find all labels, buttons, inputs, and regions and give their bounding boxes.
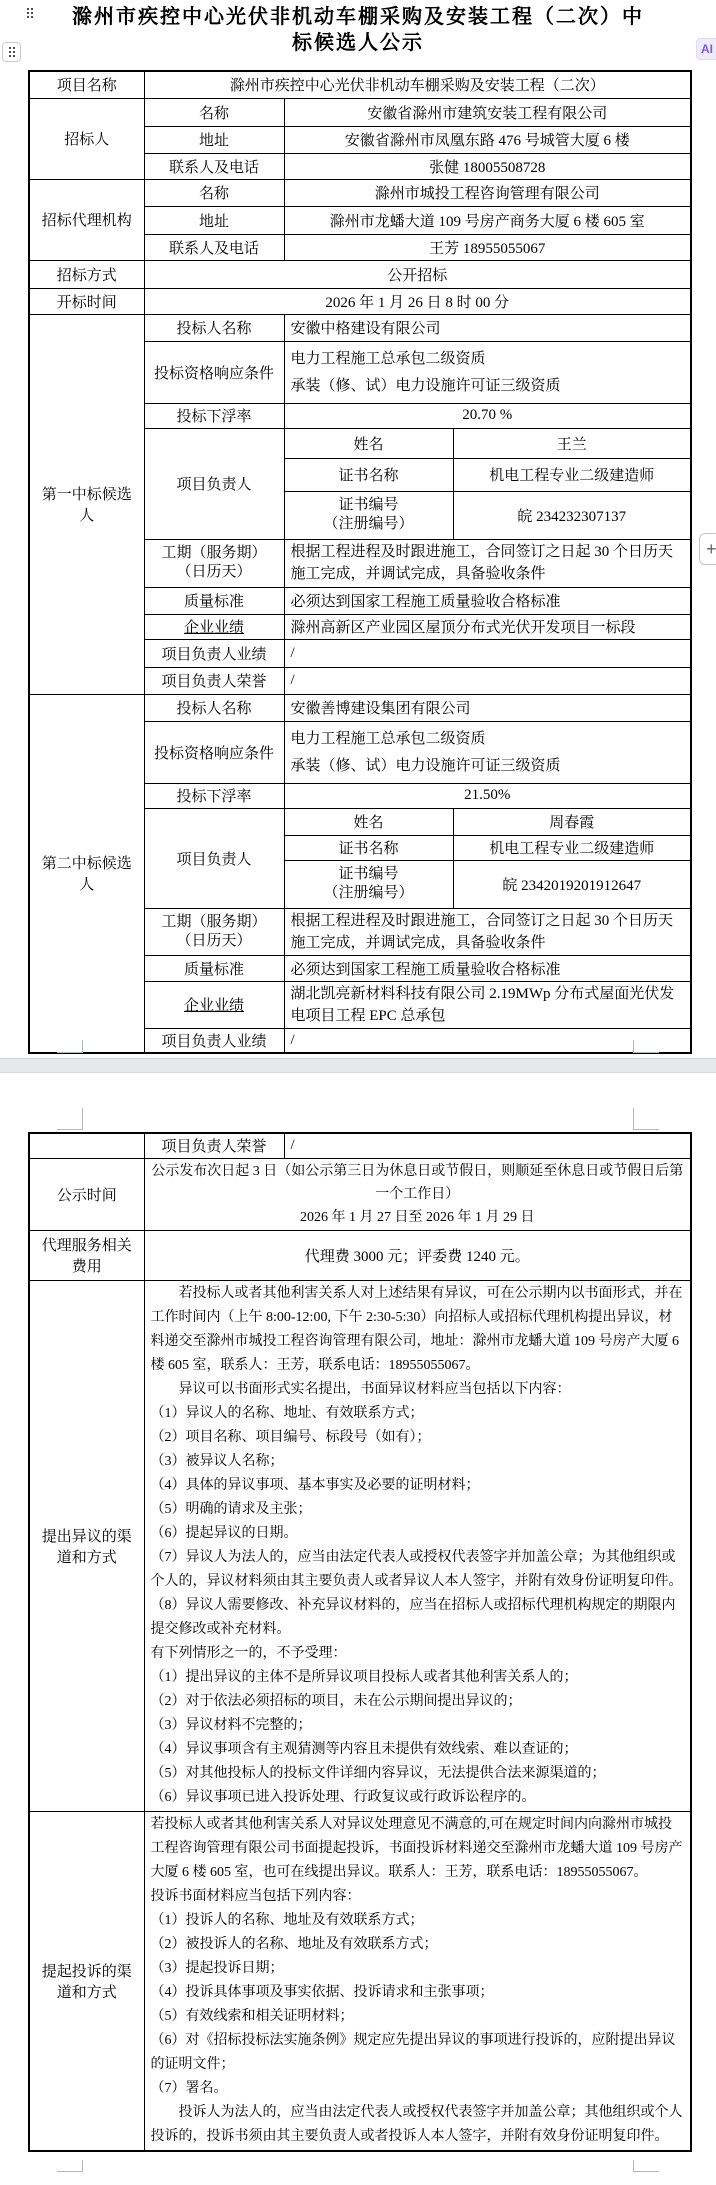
- candidate2-qualification-value: 电力工程施工总承包二级资质 承装（修、试）电力设施许可证三级资质: [284, 721, 691, 783]
- agency-contact-value: 王芳 18955055067: [284, 234, 691, 260]
- paragraph: （2）被投诉人的名称、地址及有效联系方式；: [151, 1933, 685, 1957]
- paragraph: 有下列情形之一的，不予受理：: [151, 1642, 685, 1666]
- table-row: 公示时间 公示发布次日起 3 日（如公示第三日为休息日或节假日，则顺延至休息日或…: [29, 1158, 691, 1230]
- cert-name-label: 证书名称: [284, 458, 453, 491]
- tenderer-address-label: 地址: [144, 126, 284, 153]
- page-title: 滁州市疾控中心光伏非机动车棚采购及安装工程（二次）中标候选人公示: [0, 4, 716, 56]
- complaint-channel-content: 若投标人或者其他利害关系人对异议处理意见不满意的,可在规定时间内向滁州市城投工程…: [144, 1811, 691, 2151]
- qualification-line: 承装（修、试）电力设施许可证三级资质: [291, 375, 685, 397]
- performance-label: 企业业绩: [144, 614, 284, 639]
- table-row: 开标时间 2026 年 1 月 26 日 8 时 00 分: [29, 288, 691, 314]
- paragraph: （2）对于依法必须招标的项目，未在公示期间提出异议的；: [151, 1690, 685, 1714]
- candidate2-quality-value: 必须达到国家工程施工质量验收合格标准: [284, 955, 691, 981]
- candidate2-duration-value: 根据工程进程及时跟进施工，合同签订之日起 30 个日历天施工完成，并调试完成，具…: [284, 908, 691, 955]
- qualification-line: 承装（修、试）电力设施许可证三级资质: [291, 755, 685, 777]
- page-title-text: 滁州市疾控中心光伏非机动车棚采购及安装工程（二次）中标候选人公示: [69, 4, 647, 56]
- agency-fee-value: 代理费 3000 元；评委费 1240 元。: [144, 1230, 691, 1280]
- table-row: 提起投诉的渠道和方式 若投标人或者其他利害关系人对异议处理意见不满意的,可在规定…: [29, 1811, 691, 2151]
- tenderer-name-value: 安徽省滁州市建筑安装工程有限公司: [284, 98, 691, 126]
- page-margin-mark: [633, 2171, 659, 2172]
- candidate2-discount-value: 21.50%: [284, 783, 691, 808]
- candidate1-manager-honor-value: /: [284, 667, 691, 694]
- page-margin-mark: [633, 1052, 659, 1053]
- page-margin-mark: [57, 1052, 83, 1053]
- cert-no-label-line1: 证书编号: [291, 496, 447, 515]
- agency-name-label: 名称: [144, 179, 284, 206]
- announcement-table-page2: 项目负责人荣誉 / 公示时间 公示发布次日起 3 日（如公示第三日为休息日或节假…: [28, 1132, 692, 2152]
- paragraph: （1）投诉人的名称、地址及有效联系方式；: [151, 1909, 685, 1933]
- paragraph: （3）提起投诉日期；: [151, 1957, 685, 1981]
- agency-fee-label: 代理服务相关费用: [29, 1230, 144, 1280]
- discount-label: 投标下浮率: [144, 783, 284, 808]
- bidder-name-label: 投标人名称: [144, 694, 284, 721]
- agency-group-label: 招标代理机构: [29, 179, 144, 260]
- candidate2-cert-no: 皖 2342019201912647: [453, 860, 691, 908]
- complaint-channel-label: 提起投诉的渠道和方式: [29, 1811, 144, 2151]
- publicity-time-label: 公示时间: [29, 1158, 144, 1230]
- page-margin-mark: [57, 1129, 83, 1130]
- announcement-table-page1: 项目名称 滁州市疾控中心光伏非机动车棚采购及安装工程（二次） 招标人 名称 安徽…: [28, 70, 692, 1054]
- paragraph: 若投标人或者其他利害关系人对上述结果有异议，可在公示期内以书面形式，并在工作时间…: [151, 1282, 685, 1378]
- tenderer-contact-value: 张健 18005508728: [284, 153, 691, 179]
- person-name-label: 姓名: [284, 428, 453, 458]
- paragraph: 异议可以书面形式实名提出，书面异议材料应当包括以下内容：: [151, 1378, 685, 1402]
- paragraph: （2）项目名称、项目编号、标段号（如有）；: [151, 1426, 685, 1450]
- paragraph: （5）明确的请求及主张；: [151, 1498, 685, 1522]
- page-margin-mark: [633, 1129, 659, 1130]
- paragraph: （1）提出异议的主体不是所异议项目投标人或者其他利害关系人的；: [151, 1666, 685, 1690]
- tenderer-group-label: 招标人: [29, 98, 144, 179]
- discount-label: 投标下浮率: [144, 403, 284, 428]
- candidate1-duration-value: 根据工程进程及时跟进施工，合同签订之日起 30 个日历天施工完成，并调试完成，具…: [284, 539, 691, 587]
- table-row: 第二中标候选人 投标人名称 安徽善博建设集团有限公司: [29, 694, 691, 721]
- candidate2-manager-honor-value: /: [284, 1133, 691, 1158]
- candidate1-discount-value: 20.70 %: [284, 403, 691, 428]
- manager-honor-label: 项目负责人荣誉: [144, 667, 284, 694]
- candidate1-cert-no: 皖 234232307137: [453, 491, 691, 539]
- manager-perf-label: 项目负责人业绩: [144, 1028, 284, 1053]
- candidate1-performance-value: 滁州高新区产业园区屋顶分布式光伏开发项目一标段: [284, 614, 691, 639]
- person-name-label: 姓名: [284, 808, 453, 835]
- performance-label-text: 企业业绩: [184, 620, 244, 636]
- publicity-dates: 2026 年 1 月 27 日至 2026 年 1 月 29 日: [151, 1206, 685, 1229]
- page-break-band: [0, 1058, 716, 1073]
- manager-perf-label: 项目负责人业绩: [144, 639, 284, 667]
- quality-label: 质量标准: [144, 587, 284, 614]
- duration-label: 工期（服务期） （日历天）: [144, 908, 284, 955]
- open-time-label: 开标时间: [29, 288, 144, 314]
- tenderer-name-label: 名称: [144, 98, 284, 126]
- document-page: AI + 滁州市疾控中心光伏非机动车棚采购及安装工程（二次）中标候选人公示 项目…: [0, 0, 716, 2185]
- table-row: 项目名称 滁州市疾控中心光伏非机动车棚采购及安装工程（二次）: [29, 71, 691, 98]
- paragraph: （7）异议人为法人的，应当由法定代表人或授权代表签字并加盖公章；为其他组织或个人…: [151, 1546, 685, 1594]
- paragraph: （6）对《招标投标法实施条例》规定应先提出异议的事项进行投诉的，应附提出异议的证…: [151, 2029, 685, 2077]
- paragraph: （6）提起异议的日期。: [151, 1522, 685, 1546]
- table-row: 招标代理机构 名称 滁州市城投工程咨询管理有限公司: [29, 179, 691, 206]
- duration-label-line1: 工期（服务期）: [151, 913, 278, 932]
- performance-label: 企业业绩: [144, 981, 284, 1028]
- cert-no-label: 证书编号 （注册编号）: [284, 860, 453, 908]
- bidder-name-label: 投标人名称: [144, 314, 284, 341]
- qualification-label: 投标资格响应条件: [144, 341, 284, 403]
- agency-address-label: 地址: [144, 206, 284, 234]
- cert-no-label-line1: 证书编号: [291, 865, 447, 884]
- quality-label: 质量标准: [144, 955, 284, 981]
- add-button[interactable]: +: [699, 533, 716, 565]
- cert-no-label-line2: （注册编号）: [291, 515, 447, 534]
- qualification-line: 电力工程施工总承包二级资质: [291, 728, 685, 750]
- page-margin-mark: [82, 1108, 83, 1130]
- paragraph: 投诉书面材料应当包括下列内容：: [151, 1885, 685, 1909]
- candidate2-bidder-value: 安徽善博建设集团有限公司: [284, 694, 691, 721]
- paragraph: （3）异议材料不完整的；: [151, 1714, 685, 1738]
- publicity-time-value: 公示发布次日起 3 日（如公示第三日为休息日或节假日，则顺延至休息日或节假日后第…: [144, 1158, 691, 1230]
- agency-address-value: 滁州市龙蟠大道 109 号房产商务大厦 6 楼 605 室: [284, 206, 691, 234]
- table-row: 第一中标候选人 投标人名称 安徽中格建设有限公司: [29, 314, 691, 341]
- candidate1-manager-perf-value: /: [284, 639, 691, 667]
- paragraph: （8）异议人需要修改、补充异议材料的，应当在招标人或招标代理机构规定的期限内提交…: [151, 1594, 685, 1642]
- paragraph: （5）对其他投标人的投标文件详细内容异议，无法提供合法来源渠道的；: [151, 1762, 685, 1786]
- paragraph: （4）具体的异议事项、基本事实及必要的证明材料；: [151, 1474, 685, 1498]
- table-row: 项目负责人荣誉 /: [29, 1133, 691, 1158]
- manager-group-label: 项目负责人: [144, 428, 284, 539]
- manager-honor-label: 项目负责人荣誉: [144, 1133, 284, 1158]
- publicity-period: 公示发布次日起 3 日（如公示第三日为休息日或节假日，则顺延至休息日或节假日后第…: [151, 1160, 685, 1206]
- objection-channel-content: 若投标人或者其他利害关系人对上述结果有异议，可在公示期内以书面形式，并在工作时间…: [144, 1280, 691, 1811]
- method-label: 招标方式: [29, 260, 144, 288]
- page-margin-mark: [57, 2171, 83, 2172]
- tenderer-address-value: 安徽省滁州市凤凰东路 476 号城管大厦 6 楼: [284, 126, 691, 153]
- candidate2-cert-name: 机电工程专业二级建造师: [453, 835, 691, 860]
- table-row: 招标方式 公开招标: [29, 260, 691, 288]
- paragraph: （4）投诉具体事项及事实依据、投诉请求和主张事项；: [151, 1981, 685, 2005]
- candidate2-performance-value: 湖北凯亮新材料科技有限公司 2.19MWp 分布式屋面光伏发电项目工程 EPC …: [284, 981, 691, 1028]
- table-row: 代理服务相关费用 代理费 3000 元；评委费 1240 元。: [29, 1230, 691, 1280]
- performance-label-text: 企业业绩: [184, 998, 244, 1014]
- candidate1-qualification-value: 电力工程施工总承包二级资质 承装（修、试）电力设施许可证三级资质: [284, 341, 691, 403]
- cert-no-label-line2: （注册编号）: [291, 884, 447, 903]
- candidate2-manager-perf-value: /: [284, 1028, 691, 1053]
- duration-label-line2: （日历天）: [151, 563, 278, 582]
- qualification-label: 投标资格响应条件: [144, 721, 284, 783]
- table-row: 招标人 名称 安徽省滁州市建筑安装工程有限公司: [29, 98, 691, 126]
- cert-name-label: 证书名称: [284, 835, 453, 860]
- paragraph: （4）异议事项含有主观猜测等内容且未提供有效线索、难以查证的；: [151, 1738, 685, 1762]
- paragraph: （1）异议人的名称、地址、有效联系方式；: [151, 1402, 685, 1426]
- tenderer-contact-label: 联系人及电话: [144, 153, 284, 179]
- duration-label: 工期（服务期） （日历天）: [144, 539, 284, 587]
- candidate1-bidder-value: 安徽中格建设有限公司: [284, 314, 691, 341]
- candidate1-manager-name: 王兰: [453, 428, 691, 458]
- agency-contact-label: 联系人及电话: [144, 234, 284, 260]
- duration-label-line1: 工期（服务期）: [151, 544, 278, 563]
- plus-icon: +: [706, 539, 716, 560]
- agency-name-value: 滁州市城投工程咨询管理有限公司: [284, 179, 691, 206]
- paragraph: （5）有效线索和相关证明材料；: [151, 2005, 685, 2029]
- candidate2-group-label: 第二中标候选人: [29, 694, 144, 1053]
- table-row: 提出异议的渠道和方式 若投标人或者其他利害关系人对上述结果有异议，可在公示期内以…: [29, 1280, 691, 1811]
- candidate1-quality-value: 必须达到国家工程施工质量验收合格标准: [284, 587, 691, 614]
- candidate1-cert-name: 机电工程专业二级建造师: [453, 458, 691, 491]
- page-margin-mark: [633, 1108, 634, 1130]
- paragraph: （6）异议事项已进入投诉处理、行政复议或行政诉讼程序的。: [151, 1786, 685, 1810]
- open-time-value: 2026 年 1 月 26 日 8 时 00 分: [144, 288, 691, 314]
- method-value: 公开招标: [144, 260, 691, 288]
- cert-no-label: 证书编号 （注册编号）: [284, 491, 453, 539]
- paragraph: （3）被异议人名称；: [151, 1450, 685, 1474]
- paragraph: （7）署名。: [151, 2077, 685, 2101]
- paragraph: 若投标人或者其他利害关系人对异议处理意见不满意的,可在规定时间内向滁州市城投工程…: [151, 1813, 685, 1885]
- objection-channel-label: 提出异议的渠道和方式: [29, 1280, 144, 1811]
- project-name-value: 滁州市疾控中心光伏非机动车棚采购及安装工程（二次）: [144, 71, 691, 98]
- candidate1-group-label: 第一中标候选人: [29, 314, 144, 694]
- project-name-label: 项目名称: [29, 71, 144, 98]
- manager-group-label: 项目负责人: [144, 808, 284, 908]
- qualification-line: 电力工程施工总承包二级资质: [291, 348, 685, 370]
- candidate2-manager-name: 周春霞: [453, 808, 691, 835]
- duration-label-line2: （日历天）: [151, 932, 278, 951]
- empty-cell: [29, 1133, 144, 1158]
- paragraph: 投诉人为法人的，应当由法定代表人或授权代表签字并加盖公章；其他组织或个人投诉的，…: [151, 2101, 685, 2149]
